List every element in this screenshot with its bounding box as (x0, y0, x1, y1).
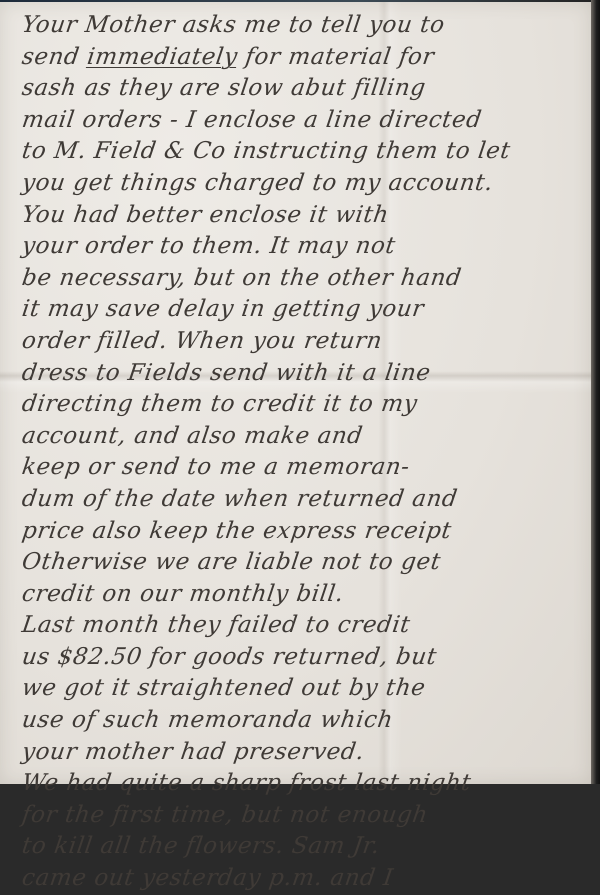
line-text: order filled. When you return (20, 328, 384, 354)
letter-line: You had better enclose it with (20, 200, 584, 232)
letter-line: keep or send to me a memoran- (20, 452, 584, 484)
line-text: send (20, 44, 89, 70)
letter-line: Your Mother asks me to tell you to (20, 10, 584, 42)
line-text: Last month they failed to credit (20, 612, 412, 638)
letter-line: to M. Field & Co instructing them to let (20, 136, 584, 168)
line-text: for material for (236, 44, 436, 70)
line-text: to M. Field & Co instructing them to let (20, 138, 512, 164)
letter-line: it may save delay in getting your (20, 294, 584, 326)
letter-line: your order to them. It may not (20, 231, 584, 263)
letter-line: price also keep the express receipt (20, 516, 584, 548)
letter-line: order filled. When you return (20, 326, 584, 358)
line-text: your order to them. It may not (20, 233, 397, 259)
letter-line: you get things charged to my account. (20, 168, 584, 200)
letter-line: account, and also make and (20, 421, 584, 453)
line-text: directing them to credit it to my (20, 391, 419, 417)
letter-line: sash as they are slow abut filling (20, 73, 584, 105)
letter-line: Otherwise we are liable not to get (20, 547, 584, 579)
line-text: use of such memoranda which (20, 707, 395, 733)
line-text: dum of the date when returned and (20, 486, 459, 512)
line-text: be necessary, but on the other hand (20, 265, 463, 291)
letter-line: dress to Fields send with it a line (20, 358, 584, 390)
line-text: dress to Fields send with it a line (20, 360, 432, 386)
letter-line: send immediately for material for (20, 42, 584, 74)
letter-line: We had quite a sharp frost last night (20, 768, 584, 784)
line-text: us $82.50 for goods returned, but (20, 644, 438, 670)
letter-line: be necessary, but on the other hand (20, 263, 584, 295)
letter-line: use of such memoranda which (20, 705, 584, 737)
letter-line: us $82.50 for goods returned, but (20, 642, 584, 674)
line-text: Otherwise we are liable not to get (20, 549, 442, 575)
letter-line: your mother had preserved. (20, 737, 584, 769)
line-text: Your Mother asks me to tell you to (20, 12, 446, 38)
line-text: price also keep the express receipt (20, 518, 453, 544)
line-text: sash as they are slow abut filling (20, 75, 427, 101)
line-text: mail orders - I enclose a line directed (20, 107, 483, 133)
underlined-word: immediately (86, 44, 240, 70)
letter-line: dum of the date when returned and (20, 484, 584, 516)
letter-body: Your Mother asks me to tell you to send … (22, 10, 582, 784)
letter-line: mail orders - I enclose a line directed (20, 105, 584, 137)
scan-right-border (591, 0, 600, 784)
letter-line: we got it straightened out by the (20, 673, 584, 705)
line-text: You had better enclose it with (20, 202, 390, 228)
line-text: it may save delay in getting your (20, 296, 425, 322)
letter-page: Your Mother asks me to tell you to send … (0, 2, 591, 784)
line-text: credit on our monthly bill. (20, 581, 345, 607)
line-text: account, and also make and (20, 423, 364, 449)
line-text: you get things charged to my account. (20, 170, 495, 196)
letter-line: credit on our monthly bill. (20, 579, 584, 611)
line-text: we got it straightened out by the (20, 675, 427, 701)
letter-line: directing them to credit it to my (20, 389, 584, 421)
letter-line: Last month they failed to credit (20, 610, 584, 642)
line-text: We had quite a sharp frost last night (20, 770, 473, 784)
line-text: your mother had preserved. (20, 739, 366, 765)
line-text: keep or send to me a memoran- (20, 454, 411, 480)
